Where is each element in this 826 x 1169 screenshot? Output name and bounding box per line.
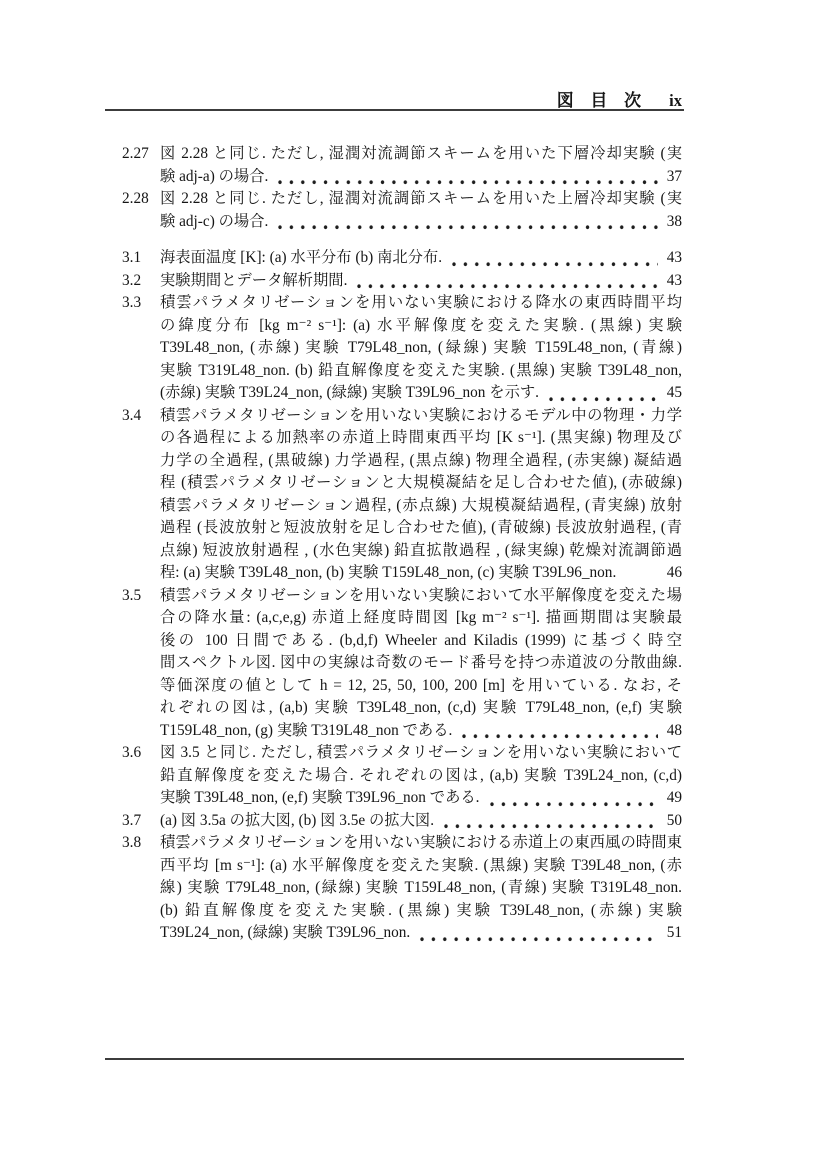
list-of-figures: 2.27 図 2.28 と同じ. ただし, 湿潤対流調節スキームを用いた下層冷却… (160, 143, 682, 945)
header-page-number: ix (669, 91, 682, 111)
caption-line: れぞれの図は, (a,b) 実験 T39L48_non, (c,d) 実験 T7… (160, 697, 682, 720)
figure-number: 2.28 (122, 188, 158, 211)
caption-line: 図 2.28 と同じ. ただし, 湿潤対流調節スキームを用いた上層冷却実験 (実 (160, 188, 682, 211)
caption-text: れぞれの図は, (a,b) 実験 T39L48_non, (c,d) 実験 T7… (160, 697, 682, 720)
caption-line: 積雲パラメタリゼーションを用いない実験における赤道上の東西風の時間東 (160, 832, 682, 855)
caption-text: 後の 100 日間である. (b,d,f) Wheeler and Kiladi… (160, 630, 682, 653)
running-head: 図 目 次 ix (105, 86, 682, 111)
caption-text: 積雲パラメタリゼーションを用いない実験におけるモデル中の物理・力学 (160, 405, 682, 428)
figure-entry: 2.27 図 2.28 と同じ. ただし, 湿潤対流調節スキームを用いた下層冷却… (160, 143, 682, 188)
caption-line: T39L24_non, (緑線) 実験 T39L96_non.51 (160, 922, 682, 945)
caption-text: (b) 鉛直解像度を変えた実験. (黒線) 実験 T39L48_non, (赤線… (160, 900, 682, 923)
entry-page-number: 48 (662, 720, 682, 743)
figure-number: 3.3 (122, 292, 158, 315)
caption-line: 積雲パラメタリゼーションを用いない実験において水平解像度を変えた場 (160, 585, 682, 608)
figure-number: 3.1 (122, 247, 158, 270)
caption-line: (a) 図 3.5a の拡大図, (b) 図 3.5e の拡大図.50 (160, 810, 682, 833)
caption-line: 実験 T319L48_non. (b) 鉛直解像度を変えた実験. (黒線) 実験… (160, 360, 682, 383)
caption-line: 実験期間とデータ解析期間.43 (160, 270, 682, 293)
entry-page-number: 37 (662, 166, 682, 189)
dotted-leader (448, 247, 658, 270)
caption-line: 点線) 短波放射過程 , (水色実線) 鉛直拡散過程 , (緑実線) 乾燥対流調… (160, 540, 682, 563)
entry-page-number: 46 (662, 562, 682, 585)
caption-text: 積雲パラメタリゼーション過程, (赤点線) 大規模凝結過程, (青実線) 放射 (160, 495, 682, 518)
figure-caption: 実験期間とデータ解析期間.43 (160, 270, 682, 293)
caption-text: 図 2.28 と同じ. ただし, 湿潤対流調節スキームを用いた下層冷却実験 (実 (160, 143, 682, 166)
caption-text: 図 3.5 と同じ. ただし, 積雲パラメタリゼーションを用いない実験において (160, 742, 682, 765)
entry-page-number: 45 (662, 382, 682, 405)
caption-text: 過程 (長波放射と短波放射を足し合わせた値), (青破線) 長波放射過程, (青 (160, 517, 682, 540)
dotted-leader (486, 787, 659, 810)
caption-line: 実験 T39L48_non, (e,f) 実験 T39L96_non である.4… (160, 787, 682, 810)
caption-text: 海表面温度 [K]: (a) 水平分布 (b) 南北分布. (160, 247, 442, 270)
figure-number: 3.6 (122, 742, 158, 765)
figure-caption: 積雲パラメタリゼーションを用いない実験におけるモデル中の物理・力学の各過程による… (160, 405, 682, 585)
figure-number: 3.7 (122, 810, 158, 833)
entry-page-number: 50 (662, 810, 682, 833)
header-rule (105, 109, 684, 111)
document-page: 図 目 次 ix 2.27 図 2.28 と同じ. ただし, 湿潤対流調節スキー… (0, 0, 826, 1169)
dotted-leader (416, 922, 658, 945)
figure-caption: 図 2.28 と同じ. ただし, 湿潤対流調節スキームを用いた下層冷却実験 (実… (160, 143, 682, 188)
caption-line: 程 (積雲パラメタリゼーションと大規模凝結を足し合わせた値), (赤破線) (160, 472, 682, 495)
caption-line: 験 adj-c) の場合.38 (160, 211, 682, 234)
caption-line: 積雲パラメタリゼーションを用いない実験における降水の東西時間平均 (160, 292, 682, 315)
figure-entry: 3.7 (a) 図 3.5a の拡大図, (b) 図 3.5e の拡大図.50 (160, 810, 682, 833)
caption-text: 程: (a) 実験 T39L48_non, (b) 実験 T159L48_non… (160, 562, 616, 585)
figure-entry: 3.3 積雲パラメタリゼーションを用いない実験における降水の東西時間平均の緯度分… (160, 292, 682, 405)
entry-page-number: 49 (662, 787, 682, 810)
entry-page-number: 43 (662, 270, 682, 293)
figure-entry: 2.28 図 2.28 と同じ. ただし, 湿潤対流調節スキームを用いた上層冷却… (160, 188, 682, 233)
caption-text: 点線) 短波放射過程 , (水色実線) 鉛直拡散過程 , (緑実線) 乾燥対流調… (160, 540, 682, 563)
caption-line: 合の降水量: (a,c,e,g) 赤道上経度時間図 [kg m⁻² s⁻¹]. … (160, 607, 682, 630)
caption-text: 実験 T319L48_non. (b) 鉛直解像度を変えた実験. (黒線) 実験… (160, 360, 682, 383)
dotted-leader (353, 270, 658, 293)
caption-line: 程: (a) 実験 T39L48_non, (b) 実験 T159L48_non… (160, 562, 682, 585)
figure-entry: 3.1 海表面温度 [K]: (a) 水平分布 (b) 南北分布.43 (160, 247, 682, 270)
caption-line: 験 adj-a) の場合.37 (160, 166, 682, 189)
caption-text: 間スペクトル図. 図中の実線は奇数のモード番号を持つ赤道波の分散曲線. (160, 652, 682, 675)
caption-text: 積雲パラメタリゼーションを用いない実験における赤道上の東西風の時間東 (160, 832, 682, 855)
entry-page-number: 38 (662, 211, 682, 234)
caption-text: T39L48_non, (赤線) 実験 T79L48_non, (緑線) 実験 … (160, 337, 682, 360)
leader-space (622, 562, 658, 585)
caption-text: 積雲パラメタリゼーションを用いない実験における降水の東西時間平均 (160, 292, 682, 315)
caption-line: 図 2.28 と同じ. ただし, 湿潤対流調節スキームを用いた下層冷却実験 (実 (160, 143, 682, 166)
caption-text: 験 adj-a) の場合. (160, 166, 268, 189)
figure-entry: 3.8 積雲パラメタリゼーションを用いない実験における赤道上の東西風の時間東西平… (160, 832, 682, 945)
figure-caption: (a) 図 3.5a の拡大図, (b) 図 3.5e の拡大図.50 (160, 810, 682, 833)
caption-text: の緯度分布 [kg m⁻² s⁻¹]: (a) 水平解像度を変えた実験. (黒線… (160, 315, 682, 338)
caption-text: 鉛直解像度を変えた場合. それぞれの図は, (a,b) 実験 T39L24_no… (160, 765, 682, 788)
caption-text: 力学の全過程, (黒破線) 力学過程, (黒点線) 物理全過程, (赤実線) 凝… (160, 450, 682, 473)
dotted-leader (440, 810, 658, 833)
caption-text: 合の降水量: (a,c,e,g) 赤道上経度時間図 [kg m⁻² s⁻¹]. … (160, 607, 682, 630)
caption-line: (b) 鉛直解像度を変えた実験. (黒線) 実験 T39L48_non, (赤線… (160, 900, 682, 923)
figure-entry: 3.2 実験期間とデータ解析期間.43 (160, 270, 682, 293)
caption-line: 図 3.5 と同じ. ただし, 積雲パラメタリゼーションを用いない実験において (160, 742, 682, 765)
figure-caption: 積雲パラメタリゼーションを用いない実験における赤道上の東西風の時間東西平均 [m… (160, 832, 682, 945)
figure-entry: 3.4 積雲パラメタリゼーションを用いない実験におけるモデル中の物理・力学の各過… (160, 405, 682, 585)
dotted-leader (274, 211, 658, 234)
caption-text: 実験期間とデータ解析期間. (160, 270, 347, 293)
caption-text: (赤線) 実験 T39L24_non, (緑線) 実験 T39L96_non を… (160, 382, 539, 405)
caption-line: の各過程による加熱率の赤道上時間東西平均 [K s⁻¹]. (黒実線) 物理及び (160, 427, 682, 450)
caption-line: T39L48_non, (赤線) 実験 T79L48_non, (緑線) 実験 … (160, 337, 682, 360)
figure-caption: 積雲パラメタリゼーションを用いない実験において水平解像度を変えた場合の降水量: … (160, 585, 682, 743)
caption-text: (a) 図 3.5a の拡大図, (b) 図 3.5e の拡大図. (160, 810, 434, 833)
figure-caption: 海表面温度 [K]: (a) 水平分布 (b) 南北分布.43 (160, 247, 682, 270)
caption-line: 鉛直解像度を変えた場合. それぞれの図は, (a,b) 実験 T39L24_no… (160, 765, 682, 788)
figure-caption: 図 3.5 と同じ. ただし, 積雲パラメタリゼーションを用いない実験において鉛… (160, 742, 682, 810)
caption-line: 間スペクトル図. 図中の実線は奇数のモード番号を持つ赤道波の分散曲線. (160, 652, 682, 675)
figure-number: 2.27 (122, 143, 158, 166)
figure-caption: 図 2.28 と同じ. ただし, 湿潤対流調節スキームを用いた上層冷却実験 (実… (160, 188, 682, 233)
figure-entry: 3.6 図 3.5 と同じ. ただし, 積雲パラメタリゼーションを用いない実験に… (160, 742, 682, 810)
caption-text: 実験 T39L48_non, (e,f) 実験 T39L96_non である. (160, 787, 480, 810)
dotted-leader (545, 382, 658, 405)
caption-line: T159L48_non, (g) 実験 T319L48_non である.48 (160, 720, 682, 743)
caption-text: 図 2.28 と同じ. ただし, 湿潤対流調節スキームを用いた上層冷却実験 (実 (160, 188, 682, 211)
caption-line: 等価深度の値として h = 12, 25, 50, 100, 200 [m] を… (160, 675, 682, 698)
caption-text: T39L24_non, (緑線) 実験 T39L96_non. (160, 922, 410, 945)
entry-page-number: 43 (662, 247, 682, 270)
figure-number: 3.8 (122, 832, 158, 855)
entry-page-number: 51 (662, 922, 682, 945)
caption-text: T159L48_non, (g) 実験 T319L48_non である. (160, 720, 452, 743)
caption-line: 積雲パラメタリゼーションを用いない実験におけるモデル中の物理・力学 (160, 405, 682, 428)
dotted-leader (274, 166, 658, 189)
caption-text: 験 adj-c) の場合. (160, 211, 268, 234)
caption-text: 西平均 [m s⁻¹]: (a) 水平解像度を変えた実験. (黒線) 実験 T3… (160, 855, 682, 878)
caption-line: 海表面温度 [K]: (a) 水平分布 (b) 南北分布.43 (160, 247, 682, 270)
dotted-leader (458, 720, 658, 743)
figure-number: 3.2 (122, 270, 158, 293)
caption-line: 過程 (長波放射と短波放射を足し合わせた値), (青破線) 長波放射過程, (青 (160, 517, 682, 540)
caption-line: 西平均 [m s⁻¹]: (a) 水平解像度を変えた実験. (黒線) 実験 T3… (160, 855, 682, 878)
caption-text: 等価深度の値として h = 12, 25, 50, 100, 200 [m] を… (160, 675, 682, 698)
caption-line: (赤線) 実験 T39L24_non, (緑線) 実験 T39L96_non を… (160, 382, 682, 405)
caption-line: 線) 実験 T79L48_non, (緑線) 実験 T159L48_non, (… (160, 877, 682, 900)
caption-text: の各過程による加熱率の赤道上時間東西平均 [K s⁻¹]. (黒実線) 物理及び (160, 427, 682, 450)
figure-entry: 3.5 積雲パラメタリゼーションを用いない実験において水平解像度を変えた場合の降… (160, 585, 682, 743)
caption-line: 力学の全過程, (黒破線) 力学過程, (黒点線) 物理全過程, (赤実線) 凝… (160, 450, 682, 473)
caption-line: 後の 100 日間である. (b,d,f) Wheeler and Kiladi… (160, 630, 682, 653)
caption-text: 程 (積雲パラメタリゼーションと大規模凝結を足し合わせた値), (赤破線) (160, 472, 682, 495)
caption-line: 積雲パラメタリゼーション過程, (赤点線) 大規模凝結過程, (青実線) 放射 (160, 495, 682, 518)
figure-caption: 積雲パラメタリゼーションを用いない実験における降水の東西時間平均の緯度分布 [k… (160, 292, 682, 405)
page-title: 図 目 次 (557, 86, 647, 111)
figure-number: 3.5 (122, 585, 158, 608)
figure-number: 3.4 (122, 405, 158, 428)
footer-rule (105, 1058, 684, 1060)
caption-text: 線) 実験 T79L48_non, (緑線) 実験 T159L48_non, (… (160, 877, 682, 900)
caption-line: の緯度分布 [kg m⁻² s⁻¹]: (a) 水平解像度を変えた実験. (黒線… (160, 315, 682, 338)
caption-text: 積雲パラメタリゼーションを用いない実験において水平解像度を変えた場 (160, 585, 682, 608)
